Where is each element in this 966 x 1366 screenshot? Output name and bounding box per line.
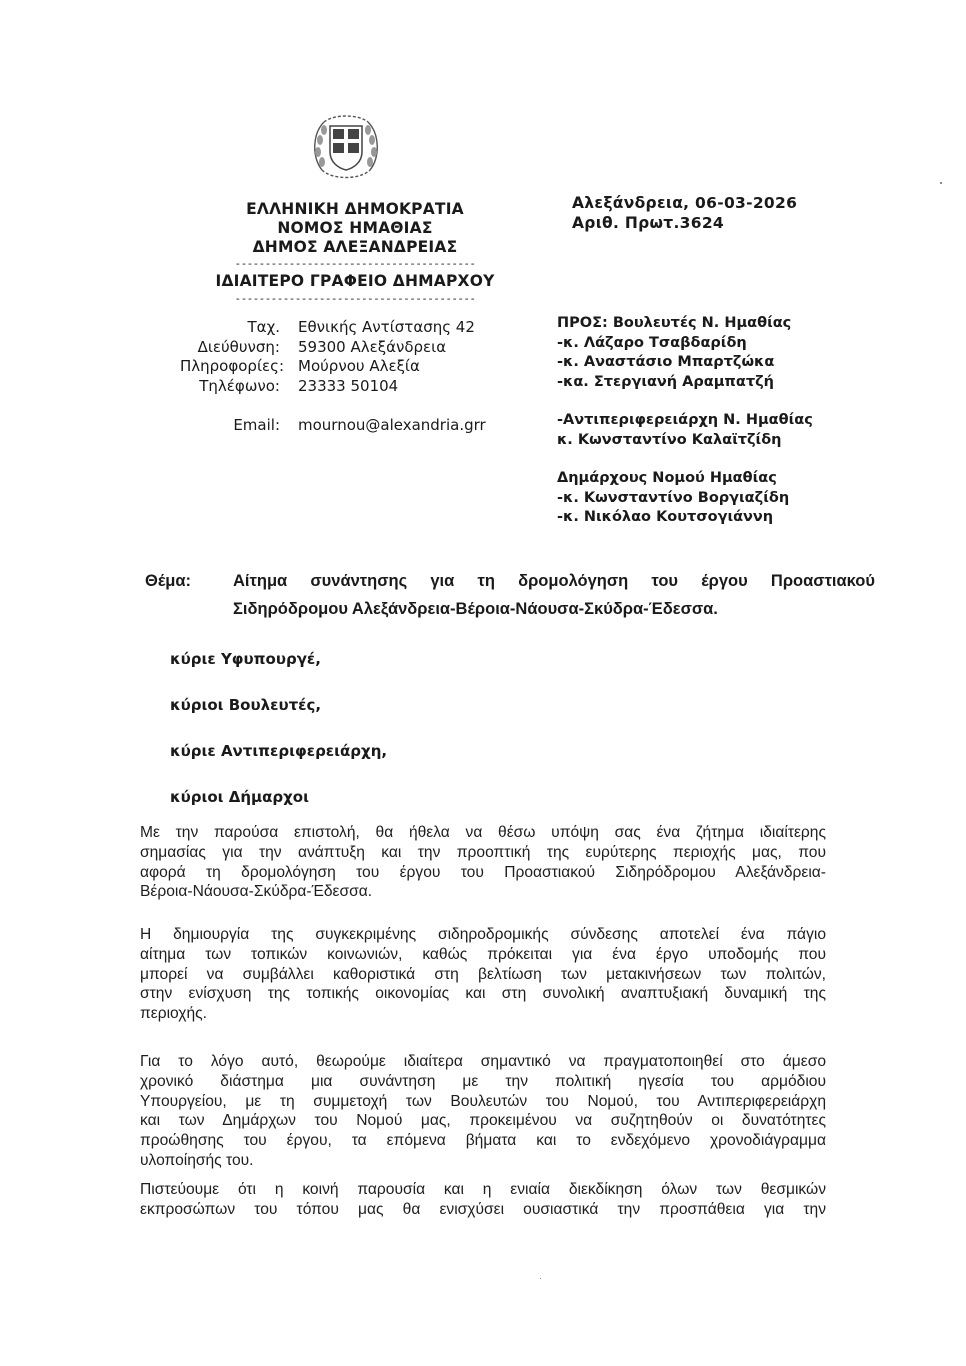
recipient-line: -κα. Στεργιανή Αραμπατζή bbox=[557, 373, 813, 393]
contact-value: Εθνικής Αντίστασης 42 bbox=[298, 318, 475, 338]
recipient-line: -Αντιπεριφερειάρχη Ν. Ημαθίας bbox=[557, 411, 813, 431]
contact-label: Email: bbox=[180, 416, 298, 436]
contact-label: Διεύθυνση: bbox=[180, 338, 298, 358]
paragraph-line: Η δημιουργία της συγκεκριμένης σιδηροδρο… bbox=[140, 925, 826, 945]
contact-label: Πληροφορίες: bbox=[180, 357, 298, 377]
paragraph-line: εκπροσώπων του τόπου μας θα ενισχύσει ου… bbox=[140, 1200, 826, 1220]
contact-value: Μούρνου Αλεξία bbox=[298, 357, 420, 377]
letterhead: ΕΛΛΗΝΙΚΗ ΔΗΜΟΚΡΑΤΙΑ ΝΟΜΟΣ ΗΜΑΘΙΑΣ ΔΗΜΟΣ … bbox=[200, 200, 510, 305]
letterhead-prefecture: ΝΟΜΟΣ ΗΜΑΘΙΑΣ bbox=[200, 219, 510, 238]
subject-label: Θέμα: bbox=[145, 567, 191, 595]
subject-line: Σιδηρόδρομου Αλεξάνδρεια-Βέροια-Νάουσα-Σ… bbox=[233, 595, 718, 623]
salutation: κύριε Αντιπεριφερειάρχη, bbox=[170, 742, 387, 788]
greek-coat-of-arms-icon bbox=[308, 108, 384, 184]
scan-speck bbox=[540, 1278, 541, 1279]
salutation: κύριε Υφυπουργέ, bbox=[170, 650, 387, 696]
body-paragraph: Για το λόγο αυτό, θεωρούμε ιδιαίτερα σημ… bbox=[140, 1052, 826, 1171]
salutations: κύριε Υφυπουργέ, κύριοι Βουλευτές, κύριε… bbox=[170, 650, 387, 834]
divider: ---------------------------------------- bbox=[200, 257, 510, 270]
contact-label: Ταχ. bbox=[180, 318, 298, 338]
contact-label: Τηλέφωνο: bbox=[180, 377, 298, 397]
letterhead-municipality: ΔΗΜΟΣ ΑΛΕΞΑΝΔΡΕΙΑΣ bbox=[200, 238, 510, 257]
body-paragraph: Με την παρούσα επιστολή, θα ήθελα να θέσ… bbox=[140, 823, 826, 902]
divider: ---------------------------------------- bbox=[200, 292, 510, 305]
contact-row-address: Διεύθυνση: 59300 Αλεξάνδρεια bbox=[180, 338, 486, 358]
paragraph-line: χρονικό διάστημα μια συνάντηση με την πο… bbox=[140, 1072, 826, 1092]
contact-value: 23333 50104 bbox=[298, 377, 398, 397]
email-address: mournou@alexandria.grr bbox=[298, 416, 486, 436]
contact-info: Ταχ. Εθνικής Αντίστασης 42 Διεύθυνση: 59… bbox=[180, 318, 486, 436]
recipient-line: -κ. Λάζαρο Τσαβδαρίδη bbox=[557, 334, 813, 354]
recipient-line: -κ. Νικόλαο Κουτσογιάννη bbox=[557, 508, 813, 528]
paragraph-line: Πιστεύουμε ότι η κοινή παρουσία και η εν… bbox=[140, 1180, 826, 1200]
place-date: Αλεξάνδρεια, 06-03-2026 bbox=[572, 193, 797, 213]
paragraph-line: αίτημα των τοπικών κοινωνιών, καθώς πρόκ… bbox=[140, 945, 826, 965]
paragraph-line: υλοποίησής του. bbox=[140, 1151, 826, 1171]
subject-line: Αίτημα συνάντησης για τη δρομολόγηση του… bbox=[233, 567, 875, 595]
paragraph-line: σημασίας για την ανάπτυξη και την προοπτ… bbox=[140, 843, 826, 863]
paragraph-line: περιοχής. bbox=[140, 1004, 826, 1024]
body-paragraph: Πιστεύουμε ότι η κοινή παρουσία και η εν… bbox=[140, 1180, 826, 1220]
paragraph-line: προώθησης του έργου, τα επόμενα βήματα κ… bbox=[140, 1131, 826, 1151]
contact-row-info: Πληροφορίες: Μούρνου Αλεξία bbox=[180, 357, 486, 377]
contact-row-phone: Τηλέφωνο: 23333 50104 bbox=[180, 377, 486, 397]
paragraph-line: Με την παρούσα επιστολή, θα ήθελα να θέσ… bbox=[140, 823, 826, 843]
paragraph-line: στην ενίσχυση της τοπικής οικονομίας και… bbox=[140, 984, 826, 1004]
date-block: Αλεξάνδρεια, 06-03-2026 Αριθ. Πρωτ.3624 bbox=[572, 193, 797, 233]
recipient-line: -κ. Κωνσταντίνο Βοργιαζίδη bbox=[557, 489, 813, 509]
paragraph-line: Βέροια-Νάουσα-Σκύδρα-Έδεσσα. bbox=[140, 882, 826, 902]
contact-row-street: Ταχ. Εθνικής Αντίστασης 42 bbox=[180, 318, 486, 338]
recipient-line: -κ. Αναστάσιο Μπαρτζώκα bbox=[557, 353, 813, 373]
paragraph-line: μπορεί να συμβάλλει καθοριστικά στη βελτ… bbox=[140, 965, 826, 985]
contact-row-email: Email: mournou@alexandria.grr bbox=[180, 416, 486, 436]
recipient-line: Δημάρχους Νομού Ημαθίας bbox=[557, 469, 813, 489]
recipient-line: κ. Κωνσταντίνο Καλαϊτζίδη bbox=[557, 431, 813, 451]
letterhead-office: ΙΔΙΑΙΤΕΡΟ ΓΡΑΦΕΙΟ ΔΗΜΑΡΧΟΥ bbox=[200, 270, 510, 292]
scan-speck bbox=[940, 182, 942, 184]
letterhead-republic: ΕΛΛΗΝΙΚΗ ΔΗΜΟΚΡΑΤΙΑ bbox=[200, 200, 510, 219]
recipients: ΠΡΟΣ: Βουλευτές Ν. Ημαθίας -κ. Λάζαρο Τσ… bbox=[557, 314, 813, 528]
salutation: κύριοι Βουλευτές, bbox=[170, 696, 387, 742]
recipient-line: ΠΡΟΣ: Βουλευτές Ν. Ημαθίας bbox=[557, 314, 813, 334]
paragraph-line: Για το λόγο αυτό, θεωρούμε ιδιαίτερα σημ… bbox=[140, 1052, 826, 1072]
protocol-number: Αριθ. Πρωτ.3624 bbox=[572, 213, 797, 233]
body-paragraph: Η δημιουργία της συγκεκριμένης σιδηροδρο… bbox=[140, 925, 826, 1024]
contact-value: 59300 Αλεξάνδρεια bbox=[298, 338, 446, 358]
paragraph-line: αφορά τη δρομολόγηση του έργου του Προασ… bbox=[140, 863, 826, 883]
paragraph-line: και των Δημάρχων του Νομού μας, προκειμέ… bbox=[140, 1111, 826, 1131]
paragraph-line: Υπουργείου, με τη συμμετοχή των Βουλευτώ… bbox=[140, 1092, 826, 1112]
